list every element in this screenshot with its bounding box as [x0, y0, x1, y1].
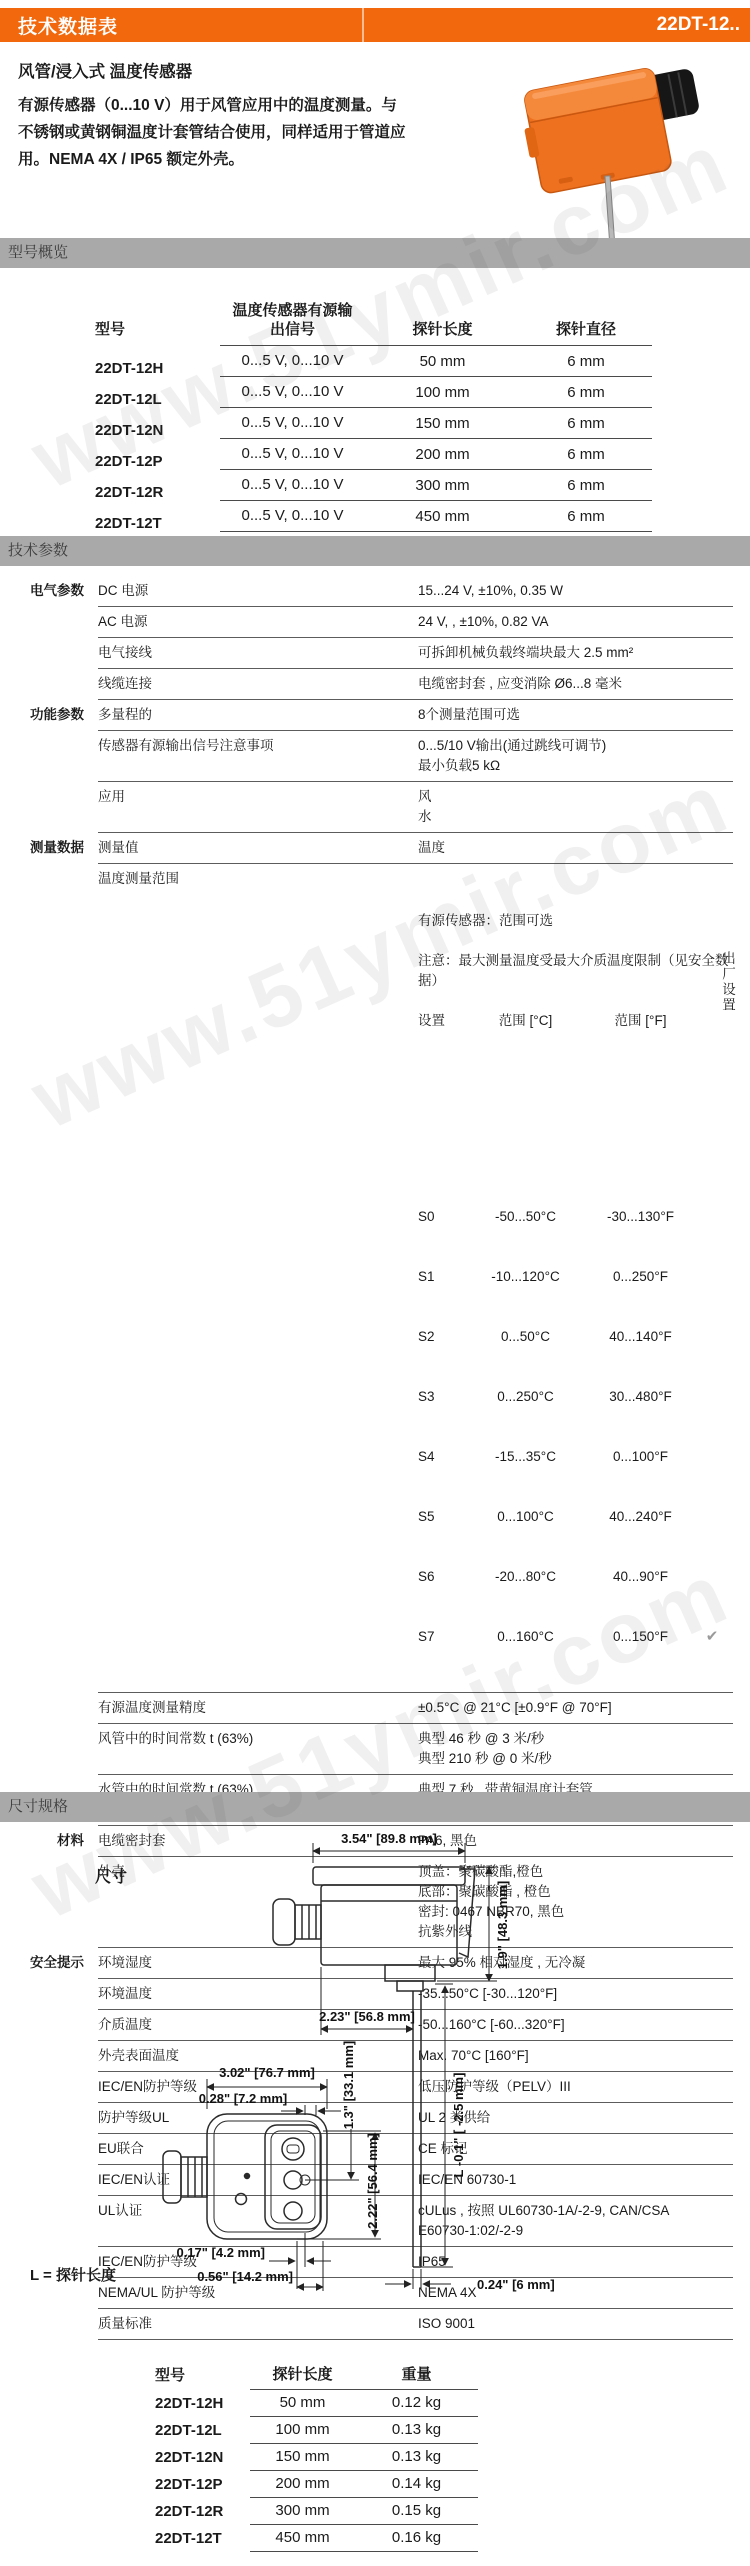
range-f-cell: 40...140°F	[583, 1327, 698, 1347]
tech-data-table: 电气参数 DC 电源 15...24 V, ±10%, 0.35 W AC 电源…	[0, 566, 750, 1792]
document-title: 技术数据表	[0, 12, 118, 39]
param-label: 有源温度测量精度	[98, 1698, 418, 1718]
group-label	[0, 669, 84, 700]
group-label	[0, 731, 84, 782]
range-c-cell: -10...120°C	[468, 1267, 583, 1287]
param-value: 电缆密封套 , 应变消除 Ø6...8 毫米	[418, 674, 733, 694]
group-label	[0, 607, 84, 638]
probe-length-cell: 300 mm	[250, 2502, 355, 2519]
range-c-cell: -15...35°C	[468, 1447, 583, 1467]
probe-length-cell: 150 mm	[365, 415, 520, 432]
product-photo	[520, 50, 715, 245]
probe-length-cell: 450 mm	[365, 508, 520, 525]
table-row: AC 电源 24 V, , ±10%, 0.82 VA	[0, 607, 750, 638]
probe-length-cell: 100 mm	[365, 384, 520, 401]
column-header-range-c: 范围 [°C]	[468, 1011, 583, 1031]
weight-table-header-row: 型号 探针长度 重量	[0, 2359, 750, 2390]
weight-cell: 0.12 kg	[355, 2394, 478, 2411]
dim-label-front-s1: 0.17" [4.2 mm]	[176, 2245, 265, 2260]
table-row: 电气参数 DC 电源 15...24 V, ±10%, 0.35 W	[0, 576, 750, 607]
tech-rows-upper: 电气参数 DC 电源 15...24 V, ±10%, 0.35 W AC 电源…	[0, 576, 750, 864]
signal-cell: 0...5 V, 0...10 V	[220, 413, 365, 432]
column-header-factory-setting: 出厂设置	[719, 951, 735, 1039]
model-cell: 22DT-12P	[155, 2471, 250, 2498]
model-cell: 22DT-12L	[95, 377, 220, 408]
param-label: 电气接线	[98, 643, 418, 663]
param-value: 温度	[418, 838, 733, 858]
model-cell: 22DT-12N	[95, 408, 220, 439]
section-band-tech-data: 技术参数	[0, 536, 750, 566]
column-header-probe-length: 探针长度	[365, 318, 520, 339]
range-c-cell: -20...80°C	[468, 1567, 583, 1587]
column-header-signal: 温度传感器有源输 出信号	[220, 301, 365, 339]
dimension-drawing: 3.54" [89.8 mm] 1.9" [48.3 mm] 2.23" [56…	[145, 1829, 745, 2329]
model-cell: 22DT-12R	[155, 2498, 250, 2525]
table-row: 22DT-12L 0...5 V, 0...10 V 100 mm 6 mm	[0, 377, 750, 408]
table-row: S6 -20...80°C 40...90°F	[418, 1567, 733, 1587]
param-label: 多量程的	[98, 705, 418, 725]
temperature-range-row: 温度测量范围 有源传感器：范围可选 注意：最大测量温度受最大介质温度限制（见安全…	[0, 864, 750, 1693]
signal-cell: 0...5 V, 0...10 V	[220, 506, 365, 525]
setting-cell: S5	[418, 1507, 468, 1527]
probe-length-cell: 100 mm	[250, 2421, 355, 2438]
param-value: 15...24 V, ±10%, 0.35 W	[418, 581, 733, 601]
table-row: 22DT-12N 150 mm 0.13 kg	[0, 2444, 750, 2471]
table-row: 线缆连接 电缆密封套 , 应变消除 Ø6...8 毫米	[0, 669, 750, 700]
setting-cell: S0	[418, 1207, 468, 1227]
table-row: S7 0...160°C 0...150°F ✔	[418, 1627, 733, 1647]
table-row: S1 -10...120°C 0...250°F	[418, 1267, 733, 1287]
dim-label-probe-diameter: 0.24" [6 mm]	[477, 2277, 555, 2292]
column-header-setting: 设置	[418, 1011, 468, 1031]
weight-cell: 0.13 kg	[355, 2421, 478, 2438]
group-label	[0, 782, 84, 833]
weight-cell: 0.14 kg	[355, 2475, 478, 2492]
model-cell: 22DT-12T	[155, 2525, 250, 2552]
table-row: 22DT-12N 0...5 V, 0...10 V 150 mm 6 mm	[0, 408, 750, 439]
model-cell: 22DT-12R	[95, 470, 220, 501]
table-row: 22DT-12H 50 mm 0.12 kg	[0, 2390, 750, 2417]
probe-diameter-cell: 6 mm	[520, 508, 652, 525]
probe-diameter-cell: 6 mm	[520, 446, 652, 463]
setting-cell: S2	[418, 1327, 468, 1347]
probe-length-cell: 50 mm	[250, 2394, 355, 2411]
model-cell: 22DT-12H	[95, 346, 220, 377]
section-band-dimensions: 尺寸规格	[0, 1792, 750, 1822]
setting-cell: S3	[418, 1387, 468, 1407]
group-label	[0, 638, 84, 669]
probe-diameter-cell: 6 mm	[520, 353, 652, 370]
model-cell: 22DT-12N	[155, 2444, 250, 2471]
probe-length-cell: 50 mm	[365, 353, 520, 370]
table-row: S2 0...50°C 40...140°F	[418, 1327, 733, 1347]
dim-label-top-width: 3.54" [89.8 mm]	[341, 1831, 437, 1846]
probe-length-cell: 200 mm	[365, 446, 520, 463]
table-row: 测量数据 测量值 温度	[0, 833, 750, 864]
dim-label-front-small: 0.28" [7.2 mm]	[199, 2091, 288, 2106]
param-label: 应用	[98, 787, 418, 827]
column-header-range-f: 范围 [°F]	[583, 1011, 698, 1031]
group-label: 功能参数	[0, 700, 84, 731]
probe-diameter-cell: 6 mm	[520, 415, 652, 432]
weight-cell: 0.16 kg	[355, 2529, 478, 2546]
column-header-weight: 重量	[355, 2363, 478, 2384]
param-value: ±0.5°C @ 21°C [±0.9°F @ 70°F]	[418, 1698, 733, 1718]
weight-table: 型号 探针长度 重量 22DT-12H 50 mm 0.12 kg 22DT-1…	[0, 2345, 750, 2566]
dimensions-block: 尺寸	[0, 1822, 750, 2345]
param-label: 线缆连接	[98, 674, 418, 694]
header-bar: 技术数据表 22DT-12..	[0, 8, 750, 42]
range-subtable-header: 设置 范围 [°C] 范围 [°F]	[418, 1011, 733, 1031]
probe-diameter-cell: 6 mm	[520, 477, 652, 494]
range-note: 注意：最大测量温度受最大介质温度限制（见安全数据）	[418, 951, 733, 991]
dim-label-probe-length: L -0.1" [ -2.5 mm]	[451, 2073, 466, 2178]
column-header-probe-length: 探针长度	[250, 2363, 355, 2384]
table-row: S3 0...250°C 30...480°F	[418, 1387, 733, 1407]
table-row: 22DT-12P 200 mm 0.14 kg	[0, 2471, 750, 2498]
table-row: 22DT-12P 0...5 V, 0...10 V 200 mm 6 mm	[0, 439, 750, 470]
range-c-cell: 0...160°C	[468, 1627, 583, 1647]
probe-length-cell: 200 mm	[250, 2475, 355, 2492]
dimensions-caption: 尺寸	[95, 1864, 127, 1887]
table-row: 有源温度测量精度 ±0.5°C @ 21°C [±0.9°F @ 70°F]	[0, 1693, 750, 1724]
range-f-cell: 0...150°F	[583, 1627, 698, 1647]
table-row: S0 -50...50°C -30...130°F	[418, 1207, 733, 1227]
table-row: 风管中的时间常数 t (63%) 典型 46 秒 @ 3 米/秒 典型 210 …	[0, 1724, 750, 1775]
model-cell: 22DT-12P	[95, 439, 220, 470]
column-header-model: 型号	[95, 290, 220, 346]
param-label: AC 电源	[98, 612, 418, 632]
range-f-cell: -30...130°F	[583, 1207, 698, 1227]
product-title: 风管/浸入式 温度传感器	[18, 58, 192, 82]
weight-cell: 0.13 kg	[355, 2448, 478, 2465]
section-band-model-overview: 型号概览	[0, 238, 750, 268]
table-row: S5 0...100°C 40...240°F	[418, 1507, 733, 1527]
factory-setting-check-icon: ✔	[698, 1627, 726, 1647]
signal-cell: 0...5 V, 0...10 V	[220, 444, 365, 463]
setting-cell: S7	[418, 1627, 468, 1647]
param-label: 测量值	[98, 838, 418, 858]
weight-table-body: 22DT-12H 50 mm 0.12 kg 22DT-12L 100 mm 0…	[0, 2390, 750, 2552]
header-divider	[362, 8, 364, 42]
column-header-probe-diameter: 探针直径	[520, 318, 652, 339]
column-header-model: 型号	[155, 2359, 250, 2390]
range-c-cell: 0...50°C	[468, 1327, 583, 1347]
param-value: 可拆卸机械负载终端块最大 2.5 mm²	[418, 643, 733, 663]
range-c-cell: 0...100°C	[468, 1507, 583, 1527]
table-row: 传感器有源输出信号注意事项 0...5/10 V输出(通过跳线可调节) 最小负载…	[0, 731, 750, 782]
product-description: 有源传感器（0...10 V）用于风管应用中的温度测量。与不锈钢或黄钢铜温度计套…	[18, 92, 408, 173]
group-label	[0, 1724, 84, 1775]
signal-cell: 0...5 V, 0...10 V	[220, 382, 365, 401]
param-value: 8个测量范围可选	[418, 705, 733, 725]
table-row: 应用 风 水	[0, 782, 750, 833]
setting-cell: S1	[418, 1267, 468, 1287]
param-label: DC 电源	[98, 581, 418, 601]
range-subtable-body: S0 -50...50°C -30...130°F S1 -10...120°C…	[418, 1147, 733, 1667]
range-note: 有源传感器：范围可选	[418, 911, 733, 931]
table-row: 22DT-12R 0...5 V, 0...10 V 300 mm 6 mm	[0, 470, 750, 501]
dim-label-offset: 2.23" [56.8 mm]	[319, 2009, 415, 2024]
group-label: 电气参数	[0, 576, 84, 607]
intro-block: 风管/浸入式 温度传感器 有源传感器（0...10 V）用于风管应用中的温度测量…	[0, 42, 750, 238]
table-row: S4 -15...35°C 0...100°F	[418, 1447, 733, 1467]
probe-diameter-cell: 6 mm	[520, 384, 652, 401]
model-overview-table: 型号 温度传感器有源输 出信号 探针长度 探针直径 22DT-12H 0...5…	[0, 268, 750, 536]
group-label	[0, 1693, 84, 1724]
table-row: 功能参数 多量程的 8个测量范围可选	[0, 700, 750, 731]
dim-label-height: 1.9" [48.3 mm]	[495, 1881, 510, 1970]
model-table-header-row: 型号 温度传感器有源输 出信号 探针长度 探针直径	[0, 290, 750, 346]
temperature-range-value: 有源传感器：范围可选 注意：最大测量温度受最大介质温度限制（见安全数据） 设置 …	[418, 869, 733, 1687]
model-cell: 22DT-12H	[155, 2390, 250, 2417]
probe-length-cell: 300 mm	[365, 477, 520, 494]
dim-label-front-v2: 2.22" [56.4 mm]	[365, 2133, 380, 2229]
probe-length-cell: 450 mm	[250, 2529, 355, 2546]
param-label: 传感器有源输出信号注意事项	[98, 736, 418, 776]
group-label: 测量数据	[0, 833, 84, 864]
table-row: 22DT-12T 0...5 V, 0...10 V 450 mm 6 mm	[0, 501, 750, 532]
header-model-number: 22DT-12..	[657, 14, 750, 36]
table-row: 电气接线 可拆卸机械负载终端块最大 2.5 mm²	[0, 638, 750, 669]
model-cell: 22DT-12T	[95, 501, 220, 532]
model-table-body: 22DT-12H 0...5 V, 0...10 V 50 mm 6 mm 22…	[0, 346, 750, 532]
table-row: 22DT-12H 0...5 V, 0...10 V 50 mm 6 mm	[0, 346, 750, 377]
range-f-cell: 0...250°F	[583, 1267, 698, 1287]
datasheet-page: www.51ymir.com www.51ymir.com www.51ymir…	[0, 0, 750, 2566]
top-margin	[0, 0, 750, 8]
range-f-cell: 30...480°F	[583, 1387, 698, 1407]
signal-cell: 0...5 V, 0...10 V	[220, 351, 365, 370]
dim-label-front-s2: 0.56" [14.2 mm]	[197, 2269, 293, 2284]
range-c-cell: -50...50°C	[468, 1207, 583, 1227]
dim-label-front-v1: 1.3" [33.1 mm]	[341, 2041, 356, 2130]
param-label: 风管中的时间常数 t (63%)	[98, 1729, 418, 1769]
table-row: 22DT-12R 300 mm 0.15 kg	[0, 2498, 750, 2525]
probe-length-cell: 150 mm	[250, 2448, 355, 2465]
table-row: 22DT-12T 450 mm 0.16 kg	[0, 2525, 750, 2552]
model-cell: 22DT-12L	[155, 2417, 250, 2444]
dim-label-front-width: 3.02" [76.7 mm]	[219, 2065, 315, 2080]
param-value: 24 V, , ±10%, 0.82 VA	[418, 612, 733, 632]
range-c-cell: 0...250°C	[468, 1387, 583, 1407]
spacer	[418, 1071, 733, 1127]
range-f-cell: 40...90°F	[583, 1567, 698, 1587]
range-f-cell: 40...240°F	[583, 1507, 698, 1527]
param-label: 温度测量范围	[98, 869, 418, 1687]
weight-cell: 0.15 kg	[355, 2502, 478, 2519]
setting-cell: S4	[418, 1447, 468, 1467]
setting-cell: S6	[418, 1567, 468, 1587]
param-value: 0...5/10 V输出(通过跳线可调节) 最小负载5 kΩ	[418, 736, 733, 776]
table-row: 22DT-12L 100 mm 0.13 kg	[0, 2417, 750, 2444]
signal-cell: 0...5 V, 0...10 V	[220, 475, 365, 494]
param-value: 典型 46 秒 @ 3 米/秒 典型 210 秒 @ 0 米/秒	[418, 1729, 733, 1769]
param-value: 风 水	[418, 787, 733, 827]
range-f-cell: 0...100°F	[583, 1447, 698, 1467]
probe-length-legend: L = 探针长度	[30, 2264, 116, 2285]
